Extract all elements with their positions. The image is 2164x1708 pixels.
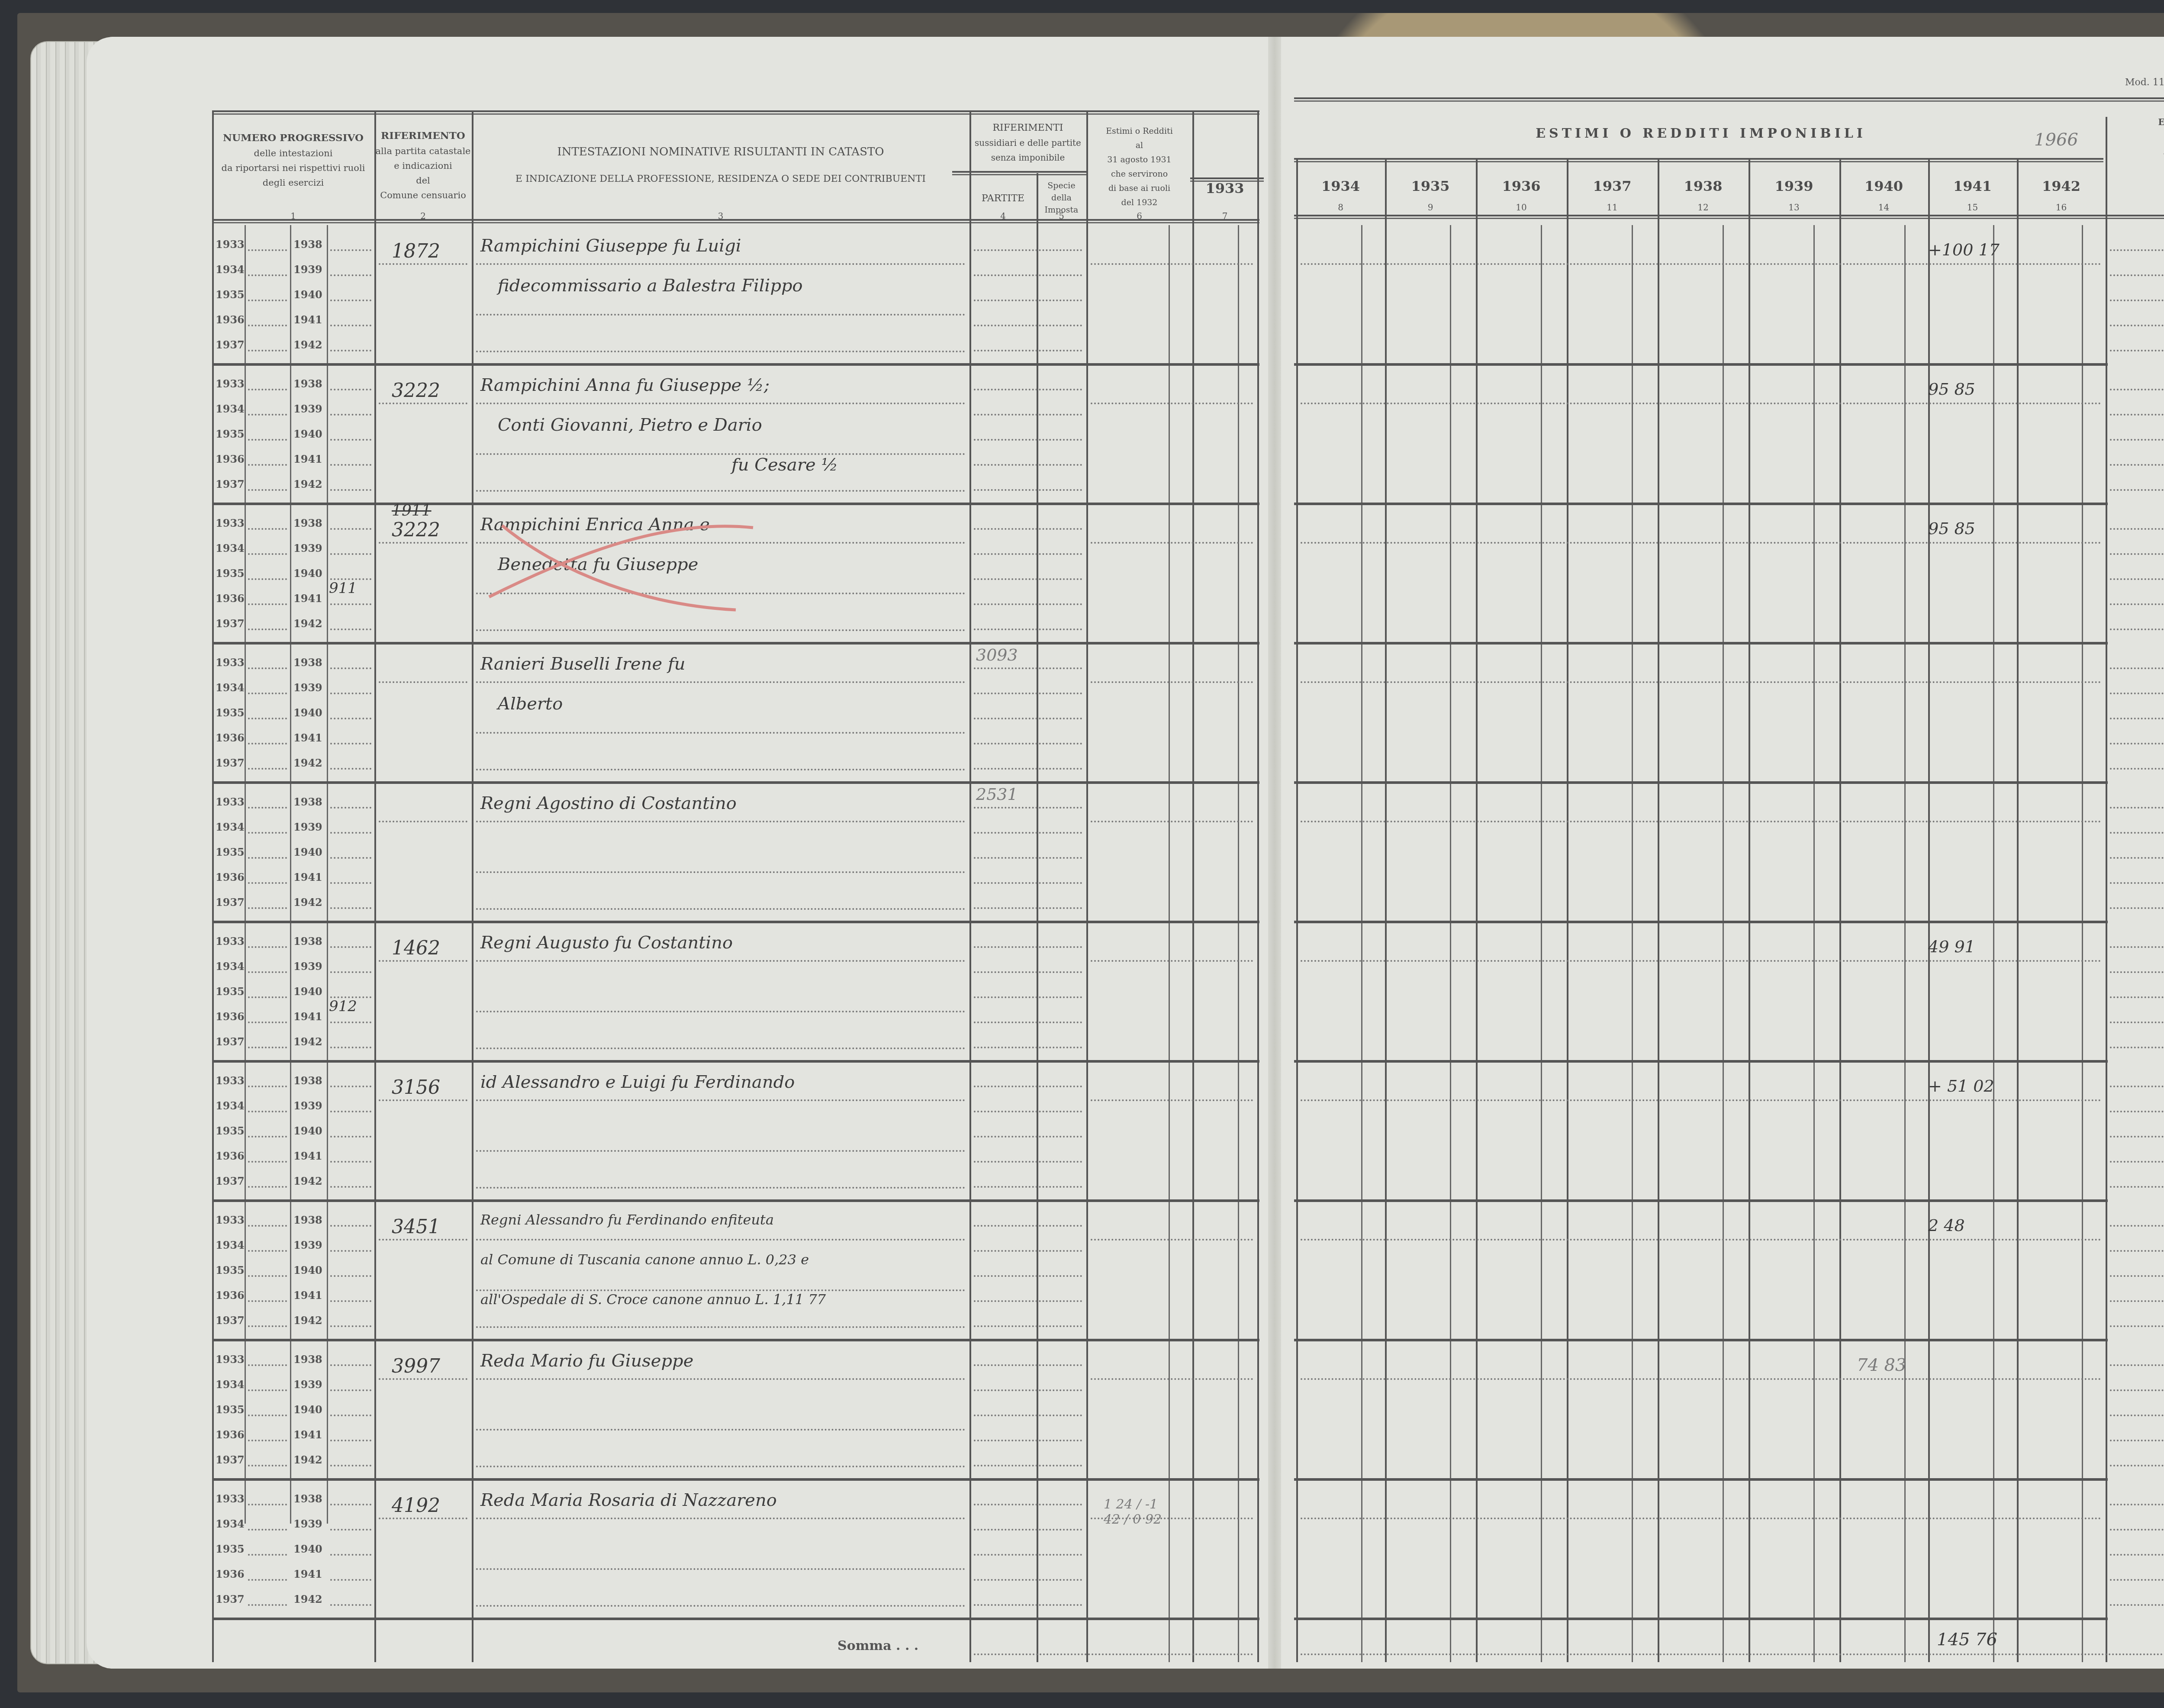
dotted-rule	[330, 768, 371, 770]
dotted-rule	[248, 1047, 287, 1048]
year-label: 1936	[216, 1568, 245, 1580]
name-dotted-rule	[476, 1518, 965, 1519]
dotted-rule	[330, 300, 371, 301]
dotted-rule	[2110, 768, 2164, 770]
amount-dotted-rule	[1301, 1378, 2101, 1380]
column-number-col4: 4	[969, 211, 1037, 221]
dotted-rule	[974, 578, 1082, 580]
year-label: 1939	[293, 1518, 322, 1530]
cents-rule-right-5	[1813, 225, 1815, 1662]
dotted-rule	[330, 1022, 371, 1023]
year-label: 1942	[293, 1593, 322, 1605]
year-label: 1936	[216, 871, 245, 883]
entry-separator-right	[1294, 781, 2108, 784]
entry-separator-right	[1294, 1060, 2108, 1063]
header-year-1942: 1942	[2017, 177, 2106, 195]
dotted-rule	[974, 718, 1082, 719]
name-dotted-rule	[476, 1187, 965, 1189]
dotted-rule	[974, 1086, 1082, 1087]
dotted-rule	[330, 1440, 371, 1441]
dotted-rule	[2110, 971, 2164, 973]
column-number-year: 15	[1928, 202, 2017, 213]
column-rule-left-0	[212, 110, 214, 1662]
dotted-rule	[974, 350, 1082, 351]
year-label: 1942	[293, 617, 322, 630]
dotted-rule	[974, 489, 1082, 491]
entry-value-1941: 95 85	[1928, 519, 1975, 538]
dotted-rule	[248, 325, 287, 326]
dotted-rule	[248, 1604, 287, 1606]
name-dotted-rule	[476, 314, 965, 316]
entry-sussidiari-partita: 2531	[976, 785, 1018, 804]
amount-dotted-rule	[1301, 403, 2101, 404]
dotted-rule	[2110, 946, 2164, 948]
entry-separator-right	[1294, 1478, 2108, 1481]
header-riferimento-line: e indicazioni	[374, 160, 472, 171]
dotted-rule	[974, 603, 1082, 605]
dotted-rule	[2110, 743, 2164, 744]
dotted-rule	[2110, 325, 2164, 326]
header-riferimenti-title: RIFERIMENTI	[969, 122, 1086, 134]
dotted-rule	[1091, 960, 1253, 962]
dotted-rule	[248, 1325, 287, 1327]
entry-separator-left	[212, 1478, 1259, 1481]
entry-value-1941: 95 85	[1928, 380, 1975, 399]
dotted-rule	[2110, 1111, 2164, 1112]
year-label: 1933	[216, 1214, 245, 1226]
entry-estimo-1932: 1 24 / -1 42 / 0 92	[1104, 1497, 1169, 1527]
column-number-col3: 3	[472, 211, 969, 221]
dotted-rule	[330, 389, 371, 390]
dotted-rule	[330, 807, 371, 809]
dotted-rule	[2110, 667, 2164, 669]
header-numero-progressivo-line: delle intestazioni	[212, 148, 374, 159]
dotted-rule	[330, 946, 371, 948]
dotted-rule	[2110, 249, 2164, 251]
year-label: 1935	[216, 288, 245, 301]
year-label: 1941	[293, 1150, 322, 1162]
column-rule-right-5	[1749, 158, 1750, 1662]
dotted-rule	[248, 882, 287, 884]
amount-dotted-rule	[1301, 681, 2101, 683]
subheader-rule-riferimenti	[952, 171, 1086, 175]
year-label: 1938	[293, 1353, 322, 1366]
dotted-rule	[2110, 464, 2164, 466]
column-rule-right-4	[1658, 158, 1659, 1662]
dotted-rule	[330, 1604, 371, 1606]
dotted-rule	[2110, 1047, 2164, 1048]
dotted-rule	[2110, 1186, 2164, 1188]
header-esenzioni-line: o redditi	[2106, 171, 2164, 181]
dotted-rule	[248, 1136, 287, 1138]
header-bottom-rule-right	[1294, 215, 2164, 219]
entry-name-line: all'Ospedale di S. Croce canone annuo L.…	[480, 1291, 826, 1308]
name-dotted-rule	[476, 732, 965, 734]
header-estimi-1932-line: al	[1086, 141, 1192, 151]
dotted-rule	[974, 907, 1082, 909]
dotted-rule	[248, 1415, 287, 1416]
column-number-year: 13	[1749, 202, 1839, 213]
year-label: 1941	[293, 1568, 322, 1580]
entry-partita: 3222	[392, 519, 440, 541]
year-label: 1936	[216, 592, 245, 605]
dotted-rule	[330, 350, 371, 351]
dotted-rule	[974, 464, 1082, 466]
dotted-rule	[248, 464, 287, 466]
year-label: 1936	[216, 1289, 245, 1302]
dotted-rule	[2110, 1415, 2164, 1416]
dotted-rule	[330, 743, 371, 744]
dotted-rule	[974, 1022, 1082, 1023]
column-number-col6: 6	[1086, 211, 1192, 221]
column-rule-left-1	[374, 110, 376, 1662]
subheader-rule-years	[1294, 158, 2103, 162]
entry-name-line: fu Cesare ½	[731, 455, 838, 475]
dotted-rule	[248, 1554, 287, 1556]
dotted-rule	[248, 667, 287, 669]
year-label: 1938	[293, 1492, 322, 1505]
dotted-rule	[1091, 542, 1253, 544]
column-number-year: 14	[1839, 202, 1928, 213]
dotted-rule	[974, 693, 1082, 694]
year-label: 1938	[293, 517, 322, 529]
entry-name-line: fidecommissario a Balestra Filippo	[498, 276, 803, 296]
cents-rule-right-2	[1541, 225, 1542, 1662]
year-label: 1937	[216, 1035, 245, 1048]
dotted-rule	[330, 1047, 371, 1048]
dotted-rule	[330, 1364, 371, 1366]
column-number-year: 12	[1658, 202, 1749, 213]
dotted-rule	[330, 1186, 371, 1188]
dotted-rule	[248, 857, 287, 859]
year-label: 1938	[293, 1214, 322, 1226]
year-label: 1935	[216, 1543, 245, 1555]
entry-separator-left	[212, 642, 1259, 645]
column-rule-specie	[1037, 173, 1038, 1662]
dotted-rule	[330, 1415, 371, 1416]
dotted-rule	[330, 1136, 371, 1138]
year-label: 1936	[216, 1150, 245, 1162]
year-label: 1941	[293, 592, 322, 605]
column-number-col7: 7	[1192, 211, 1257, 221]
header-intestazioni-subtitle: E INDICAZIONE DELLA PROFESSIONE, RESIDEN…	[472, 173, 969, 185]
dotted-rule	[379, 1099, 467, 1101]
amount-dotted-rule	[1301, 542, 2101, 544]
year-label: 1942	[293, 1035, 322, 1048]
dotted-rule	[330, 1225, 371, 1227]
dotted-rule	[2110, 439, 2164, 441]
name-dotted-rule	[476, 1047, 965, 1049]
dotted-rule	[248, 971, 287, 973]
name-dotted-rule	[476, 821, 965, 822]
dotted-rule	[2110, 628, 2164, 630]
dotted-rule	[1091, 263, 1253, 265]
name-dotted-rule	[476, 871, 965, 873]
dotted-rule	[974, 274, 1082, 276]
name-dotted-rule	[476, 490, 965, 492]
dotted-rule	[248, 1389, 287, 1391]
dotted-rule	[2110, 1604, 2164, 1606]
year-label: 1942	[293, 896, 322, 909]
dotted-rule	[974, 439, 1082, 441]
entry-separator-left	[212, 781, 1259, 784]
year-label: 1939	[293, 1099, 322, 1112]
dotted-rule	[248, 439, 287, 441]
dotted-rule	[2110, 1440, 2164, 1441]
dotted-rule	[974, 389, 1082, 390]
year-label: 1941	[293, 871, 322, 883]
year-label: 1936	[216, 453, 245, 465]
entry-value-1941: + 51 02	[1928, 1076, 1994, 1096]
dotted-rule	[379, 403, 467, 404]
header-riferimenti-line: senza imponibile	[969, 152, 1086, 163]
entry-name-line: Rampichini Giuseppe fu Luigi	[480, 236, 741, 256]
year-label: 1942	[293, 1453, 322, 1466]
dotted-rule	[248, 1186, 287, 1188]
dotted-rule	[974, 1504, 1082, 1505]
dotted-rule	[1091, 821, 1253, 822]
dotted-rule	[330, 464, 371, 466]
year-label: 1940	[293, 567, 322, 580]
entry-name-line: Regni Agostino di Costantino	[480, 793, 737, 813]
dotted-rule	[974, 768, 1082, 770]
dotted-rule	[974, 325, 1082, 326]
column-rule-right-1	[1385, 158, 1387, 1662]
year-label: 1937	[216, 338, 245, 351]
header-year-1933: 1933	[1192, 180, 1257, 197]
header-riferimenti-line: sussidiari e delle partite	[969, 138, 1086, 148]
entry-partita-cancelled: 1911	[392, 502, 432, 519]
dotted-rule	[330, 439, 371, 441]
dotted-rule	[248, 1275, 287, 1277]
column-rule-right-0	[1296, 158, 1298, 1662]
year-label: 1941	[293, 1010, 322, 1023]
entry-partita: 3451	[392, 1216, 440, 1238]
dotted-rule	[379, 542, 467, 544]
header-esenzioni-dash: —	[2106, 132, 2164, 143]
year-label: 1939	[293, 542, 322, 554]
dotted-rule	[248, 807, 287, 809]
dotted-rule	[974, 553, 1082, 555]
column-rule-right-8	[2017, 158, 2019, 1662]
entry-separator-left	[212, 921, 1259, 923]
column-rule-right-3	[1567, 158, 1568, 1662]
dotted-rule	[248, 743, 287, 744]
numero-subcolumn-rule-1	[290, 225, 291, 1524]
entry-value-1940: 74 83	[1857, 1355, 1906, 1375]
dotted-rule	[974, 996, 1082, 998]
name-dotted-rule	[476, 629, 965, 631]
dotted-rule	[379, 1239, 467, 1241]
dotted-rule	[330, 1250, 371, 1252]
dotted-rule	[2110, 1022, 2164, 1023]
amount-dotted-rule	[1301, 1518, 2101, 1519]
dotted-rule	[248, 553, 287, 555]
year-label: 1936	[216, 732, 245, 744]
dotted-rule	[974, 1364, 1082, 1366]
year-label: 1939	[293, 263, 322, 276]
dotted-rule	[330, 414, 371, 416]
entry-partita: 1462	[392, 937, 440, 959]
dotted-rule	[330, 1161, 371, 1163]
dotted-rule	[248, 628, 287, 630]
year-label: 1937	[216, 617, 245, 630]
dotted-rule	[330, 693, 371, 694]
entry-side-reference: 912	[329, 998, 357, 1015]
header-year-1941: 1941	[1928, 177, 2017, 195]
pencil-note-total: 1966	[2034, 130, 2078, 150]
dotted-rule	[974, 249, 1082, 251]
year-label: 1942	[293, 1314, 322, 1327]
cents-rule-right-7	[1993, 225, 1994, 1662]
entry-name-line: Alberto	[498, 694, 563, 714]
dotted-rule	[2110, 1579, 2164, 1581]
dotted-rule	[2110, 1225, 2164, 1227]
year-label: 1933	[216, 1353, 245, 1366]
dotted-rule	[330, 1111, 371, 1112]
dotted-rule	[974, 628, 1082, 630]
year-label: 1934	[216, 1378, 245, 1391]
column-rule-left-6	[1257, 110, 1259, 1662]
dotted-rule	[974, 1136, 1082, 1138]
dotted-rule	[2110, 578, 2164, 580]
year-label: 1933	[216, 377, 245, 390]
year-label: 1935	[216, 706, 245, 719]
year-label: 1934	[216, 1239, 245, 1251]
dotted-rule	[974, 528, 1082, 530]
dotted-rule	[974, 1186, 1082, 1188]
dotted-rule	[248, 1504, 287, 1505]
entry-separator-right	[1294, 1339, 2108, 1341]
dotted-rule	[974, 1300, 1082, 1302]
dotted-rule	[330, 1389, 371, 1391]
dotted-rule	[248, 1022, 287, 1023]
column-number-year: 10	[1476, 202, 1567, 213]
year-label: 1937	[216, 896, 245, 909]
header-year-1936: 1936	[1476, 177, 1567, 195]
entry-separator-right	[1294, 1618, 2108, 1620]
dotted-rule	[2110, 300, 2164, 301]
dotted-rule	[330, 1554, 371, 1556]
cents-rule-right-1	[1450, 225, 1451, 1662]
dotted-rule	[379, 1518, 467, 1519]
dotted-rule	[379, 960, 467, 962]
dotted-rule	[330, 1300, 371, 1302]
name-dotted-rule	[476, 1429, 965, 1431]
header-estimi-1932-line: di base ai ruoli	[1086, 184, 1192, 194]
year-label: 1934	[216, 1518, 245, 1530]
cents-rule-left-0	[1169, 225, 1170, 1662]
dotted-rule	[248, 1440, 287, 1441]
cents-rule-right-3	[1632, 225, 1633, 1662]
year-label: 1940	[293, 1264, 322, 1276]
year-label: 1935	[216, 567, 245, 580]
entry-name-line: al Comune di Tuscania canone annuo L. 0,…	[480, 1251, 809, 1268]
name-dotted-rule	[476, 1605, 965, 1607]
year-label: 1933	[216, 1492, 245, 1505]
entry-partita: 4192	[392, 1495, 440, 1517]
dotted-rule	[2110, 350, 2164, 351]
year-label: 1942	[293, 478, 322, 490]
year-label: 1937	[216, 1593, 245, 1605]
year-label: 1938	[293, 796, 322, 808]
dotted-rule	[2110, 1325, 2164, 1327]
header-riferimento-title: RIFERIMENTO	[374, 130, 472, 142]
name-dotted-rule	[476, 403, 965, 404]
dotted-rule	[379, 1378, 467, 1380]
year-label: 1933	[216, 656, 245, 669]
somma-dotted-rule	[974, 1653, 1253, 1655]
entry-value-1941: 2 48	[1928, 1216, 1965, 1235]
name-dotted-rule	[476, 769, 965, 770]
dotted-rule	[248, 832, 287, 834]
dotted-rule	[974, 1604, 1082, 1606]
dotted-rule	[248, 718, 287, 719]
year-label: 1940	[293, 1543, 322, 1555]
entry-partita: 1872	[392, 240, 440, 262]
dotted-rule	[248, 946, 287, 948]
dotted-rule	[2110, 907, 2164, 909]
amount-dotted-rule	[1301, 960, 2101, 962]
year-label: 1933	[216, 935, 245, 947]
dotted-rule	[330, 1504, 371, 1505]
dotted-rule	[2110, 1554, 2164, 1556]
name-dotted-rule	[476, 1150, 965, 1152]
year-label: 1940	[293, 1125, 322, 1137]
dotted-rule	[330, 832, 371, 834]
year-label: 1936	[216, 1428, 245, 1441]
entry-separator-left	[212, 503, 1259, 505]
dotted-rule	[248, 1579, 287, 1581]
dotted-rule	[2110, 528, 2164, 530]
dotted-rule	[330, 1086, 371, 1087]
dotted-rule	[248, 1364, 287, 1366]
year-label: 1941	[293, 313, 322, 326]
header-specie-line: Specie	[1037, 181, 1086, 191]
dotted-rule	[248, 414, 287, 416]
header-estimi-redditi-imponibili: ESTIMI O REDDITI IMPONIBILI	[1298, 126, 2103, 142]
year-label: 1939	[293, 821, 322, 833]
dotted-rule	[330, 489, 371, 491]
year-label: 1935	[216, 985, 245, 998]
header-esenzioni-line: Ammontare	[2106, 147, 2164, 157]
amount-dotted-rule	[1301, 263, 2101, 265]
header-estimi-1932-line: del 1932	[1086, 198, 1192, 208]
column-number-col1: 1	[212, 211, 374, 221]
column-rule-left-2	[472, 110, 473, 1662]
dotted-rule	[248, 350, 287, 351]
somma-label: Somma . . .	[837, 1638, 918, 1653]
dotted-rule	[248, 1086, 287, 1087]
header-year-1938: 1938	[1658, 177, 1749, 195]
somma-dotted-rule	[1301, 1653, 2164, 1655]
somma-value-1941: 145 76	[1937, 1630, 1997, 1650]
dotted-rule	[248, 1465, 287, 1466]
year-label: 1934	[216, 960, 245, 973]
column-number-year: 16	[2017, 202, 2106, 213]
header-estimi-1932-line: 31 agosto 1931	[1086, 155, 1192, 165]
year-label: 1938	[293, 1074, 322, 1087]
dotted-rule	[248, 528, 287, 530]
year-label: 1935	[216, 846, 245, 858]
column-number-year: 11	[1567, 202, 1658, 213]
entry-separator-left	[212, 1618, 1259, 1620]
name-dotted-rule	[476, 1239, 965, 1241]
name-dotted-rule	[476, 1099, 965, 1101]
dotted-rule	[2110, 414, 2164, 416]
year-label: 1937	[216, 1314, 245, 1327]
cents-rule-right-6	[1904, 225, 1906, 1662]
